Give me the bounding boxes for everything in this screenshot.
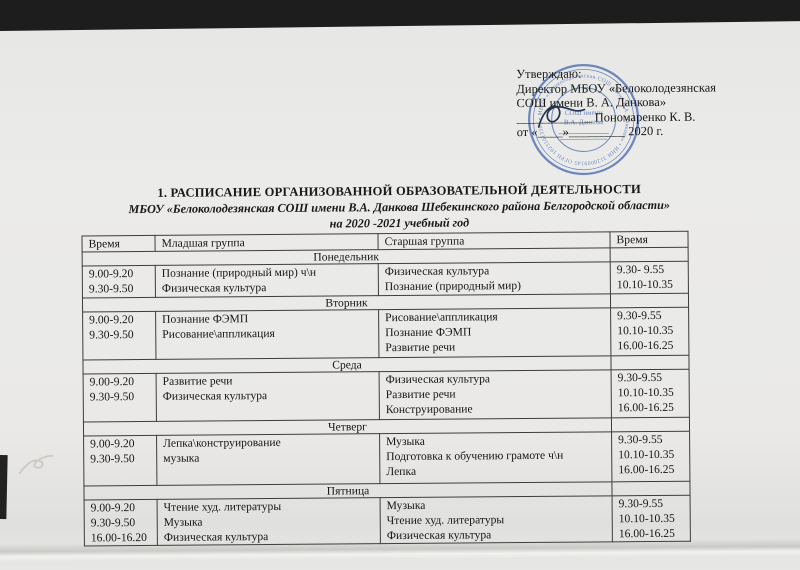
thursday-times-younger: 9.00-9.20 9.30-9.50 (84, 435, 157, 486)
day-row-monday-empty-cell (610, 247, 688, 262)
page-content: • МБОУ «Белоколодезянская СОШ имени В.А.… (0, 0, 800, 570)
schedule-table: Время Младшая группа Старшая группа Врем… (81, 231, 690, 547)
header-older-group: Старшая группа (378, 232, 610, 250)
friday-younger-activities: Чтение худ. литературы Музыка Физическая… (157, 497, 380, 546)
monday-older-activities: Физическая культура Познание (природный … (378, 262, 610, 295)
day-row-tuesday-empty-cell (610, 293, 688, 308)
pencil-scribble (15, 448, 59, 480)
header-time-left: Время (82, 235, 155, 252)
handwritten-signature (534, 98, 594, 136)
schedule-row-tuesday: 9.00-9.20 9.30-9.50 Познание ФЭМП Рисова… (83, 307, 689, 360)
tuesday-younger-activities: Познание ФЭМП Рисование\аппликация (156, 309, 379, 359)
header-time-right: Время (610, 231, 688, 248)
schedule-row-monday: 9.00-9.20 9.30-9.50 Познание (природный … (82, 261, 688, 297)
tuesday-older-activities: Рисование\аппликация Познание ФЭМП Разви… (379, 307, 611, 357)
tuesday-times-older: 9.30-9.55 10.10-10.35 16.00-16.25 (611, 307, 689, 356)
thursday-times-older: 9.30-9.55 10.10-10.35 16.00-16.25 (612, 431, 690, 482)
wednesday-times-younger: 9.00-9.20 9.30-9.50 (83, 373, 156, 422)
day-row-thursday-empty-cell (611, 417, 689, 432)
friday-older-activities: Музыка Чтение худ. литературы Физическая… (380, 495, 612, 544)
scanned-document-page: • МБОУ «Белоколодезянская СОШ имени В.А.… (0, 0, 800, 570)
wednesday-younger-activities: Развитие речи Физическая культура (156, 371, 379, 421)
wednesday-older-activities: Физическая культура Развитие речи Констр… (379, 369, 611, 419)
monday-younger-activities: Познание (природный мир) ч\н Физическая … (155, 264, 378, 297)
day-row-friday-empty-cell (612, 481, 690, 496)
scanner-edge-left (0, 455, 8, 519)
day-row-wednesday-empty-cell (611, 355, 689, 370)
wednesday-times-older: 9.30-9.55 10.10-10.35 16.00-16.25 (611, 369, 689, 418)
thursday-younger-activities: Лепка\конструирование музыка (157, 433, 380, 485)
tuesday-times-younger: 9.00-9.20 9.30-9.50 (83, 311, 156, 360)
header-younger-group: Младшая группа (155, 234, 378, 252)
director-name: Пономаренко К. В. (595, 109, 696, 124)
monday-times-younger: 9.00-9.20 9.30-9.50 (82, 265, 155, 297)
title-block: 1. РАСПИСАНИЕ ОРГАНИЗОВАННОЙ ОБРАЗОВАТЕЛ… (59, 181, 739, 233)
date-year: 2020 г. (628, 124, 663, 138)
friday-times-younger: 9.00-9.20 9.30-9.50 16.00-16.20 (84, 499, 157, 546)
schedule-row-wednesday: 9.00-9.20 9.30-9.50 Развитие речи Физиче… (83, 369, 689, 422)
monday-times-older: 9.30- 9.55 10.10-10.35 (610, 261, 688, 293)
thursday-older-activities: Музыка Подготовка к обучению грамоте ч\н… (380, 431, 612, 483)
schedule-row-thursday: 9.00-9.20 9.30-9.50 Лепка\конструировани… (84, 431, 690, 486)
friday-times-older: 9.30-9.55 10.10-10.35 16.00-16.25 (612, 495, 690, 543)
